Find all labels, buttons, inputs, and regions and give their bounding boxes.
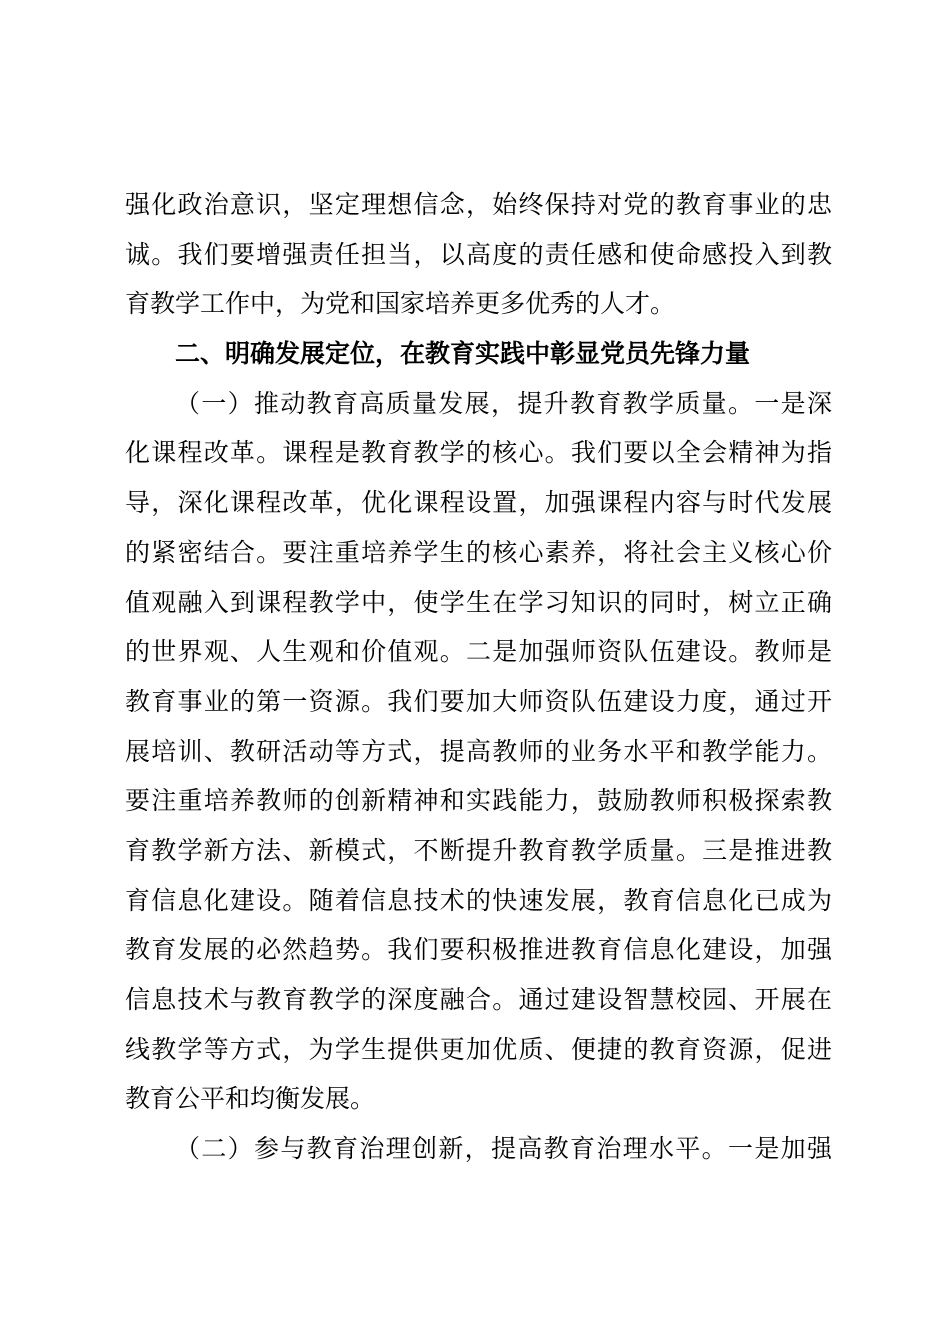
text-block: 强化政治意识，坚定理想信念，始终保持对党的教育事业的忠诚。我们要增强责任担当，以… xyxy=(125,181,832,1175)
text-line: 信息技术与教育教学的深度融合。通过建设智慧校园、开展在 xyxy=(125,976,832,1026)
text-line: 教育发展的必然趋势。我们要积极推进教育信息化建设，加强 xyxy=(125,926,832,976)
text-line: （一）推动教育高质量发展，提升教育教学质量。一是深 xyxy=(125,380,832,430)
text-line: 教育公平和均衡发展。 xyxy=(125,1075,832,1125)
text-line: 的世界观、人生观和价值观。二是加强师资队伍建设。教师是 xyxy=(125,628,832,678)
text-line: 教育事业的第一资源。我们要加大师资队伍建设力度，通过开 xyxy=(125,678,832,728)
text-line: 育教学工作中，为党和国家培养更多优秀的人才。 xyxy=(125,280,832,330)
text-line: 育教学新方法、新模式，不断提升教育教学质量。三是推进教 xyxy=(125,827,832,877)
text-line: （二）参与教育治理创新，提高教育治理水平。一是加强 xyxy=(125,1125,832,1175)
text-line: 的紧密结合。要注重培养学生的核心素养，将社会主义核心价 xyxy=(125,529,832,579)
text-line: 育信息化建设。随着信息技术的快速发展，教育信息化已成为 xyxy=(125,877,832,927)
text-line: 强化政治意识，坚定理想信念，始终保持对党的教育事业的忠 xyxy=(125,181,832,231)
document-page: 强化政治意识，坚定理想信念，始终保持对党的教育事业的忠诚。我们要增强责任担当，以… xyxy=(0,0,950,1344)
text-line: 导，深化课程改革，优化课程设置，加强课程内容与时代发展 xyxy=(125,479,832,529)
text-line: 化课程改革。课程是教育教学的核心。我们要以全会精神为指 xyxy=(125,429,832,479)
text-line: 值观融入到课程教学中，使学生在学习知识的同时，树立正确 xyxy=(125,579,832,629)
section-heading: 二、明确发展定位，在教育实践中彰显党员先锋力量 xyxy=(125,330,832,380)
text-line: 诚。我们要增强责任担当，以高度的责任感和使命感投入到教 xyxy=(125,231,832,281)
text-line: 展培训、教研活动等方式，提高教师的业务水平和教学能力。 xyxy=(125,728,832,778)
text-line: 要注重培养教师的创新精神和实践能力，鼓励教师积极探索教 xyxy=(125,777,832,827)
text-line: 线教学等方式，为学生提供更加优质、便捷的教育资源，促进 xyxy=(125,1026,832,1076)
